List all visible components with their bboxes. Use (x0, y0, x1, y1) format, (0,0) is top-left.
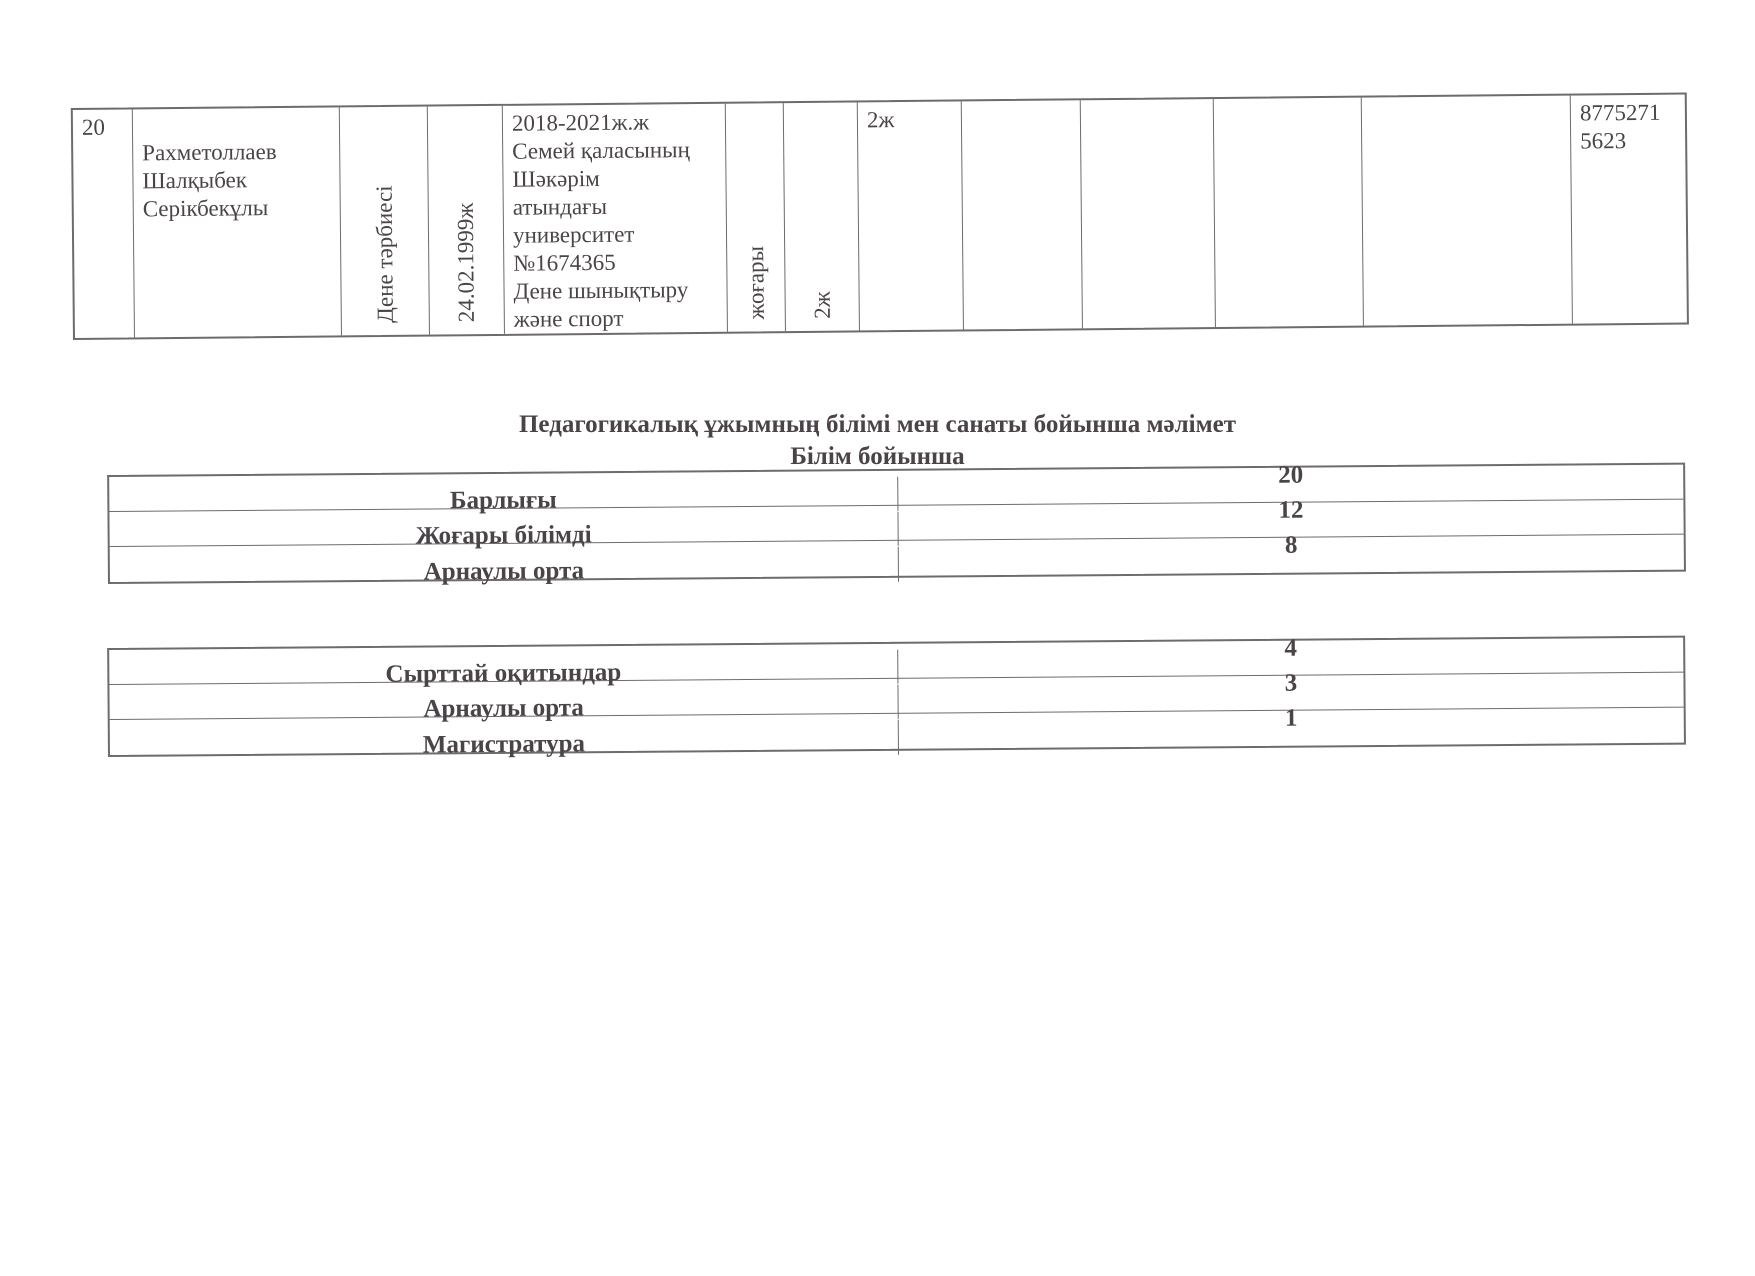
education-details: 2018-2021ж.ж Семей қаласының Шәкәрім аты… (512, 108, 692, 334)
cell-total-experience: 2ж (784, 102, 860, 331)
cell-education: 2018-2021ж.ж Семей қаласының Шәкәрім аты… (503, 104, 728, 334)
row-label: Жоғары білімді (109, 512, 898, 552)
row-label: Арнаулы орта (110, 547, 899, 588)
row-label: Сырттай оқитындар (109, 650, 898, 690)
teaching-experience: 2ж (867, 106, 895, 134)
cell-teaching-experience: 2ж (858, 101, 964, 330)
row-value: 1 (899, 702, 1684, 743)
cell-empty-11 (1214, 98, 1364, 327)
cell-empty-10 (1081, 99, 1216, 328)
row-label: Арнаулы орта (109, 685, 898, 725)
education-summary-table: Барлығы 20 Жоғары білімді 12 Арнаулы орт… (107, 463, 1686, 584)
scanned-document-page: 20 Рахметоллаев Шалқыбек Серікбекұлы Ден… (0, 0, 1755, 1276)
education-level: жоғары (742, 246, 771, 320)
row-label: Магистратура (110, 720, 899, 761)
staff-table-row: 20 Рахметоллаев Шалқыбек Серікбекұлы Ден… (71, 92, 1689, 340)
summary-title: Педагогикалық ұжымның білімі мен санаты … (0, 411, 1755, 439)
cell-full-name: Рахметоллаев Шалқыбек Серікбекұлы (133, 107, 342, 337)
subject: Дене тәрбиесі (370, 185, 399, 323)
row-value: 12 (898, 494, 1683, 534)
cell-education-level: жоғары (726, 103, 786, 332)
cell-birth-date: 24.02.1999ж (428, 106, 505, 335)
full-name: Рахметоллаев Шалқыбек Серікбекұлы (142, 138, 277, 223)
row-value: 20 (898, 459, 1683, 499)
row-value: 8 (899, 529, 1684, 570)
total-experience: 2ж (808, 291, 836, 319)
cell-empty-12 (1362, 96, 1573, 326)
phone-number: 8775271 5623 (1580, 99, 1661, 156)
distance-learning-summary-table: Сырттай оқитындар 4 Арнаулы орта 3 Магис… (107, 636, 1686, 757)
row-value: 4 (898, 632, 1683, 672)
cell-number: 20 (73, 109, 135, 338)
row-value: 3 (898, 667, 1683, 707)
cell-phone: 8775271 5623 (1571, 94, 1691, 323)
cell-empty-9 (962, 100, 1083, 329)
row-number: 20 (82, 114, 105, 142)
row-label: Барлығы (109, 477, 898, 517)
cell-subject: Дене тәрбиесі (340, 107, 430, 336)
birth-date: 24.02.1999ж (452, 203, 481, 323)
